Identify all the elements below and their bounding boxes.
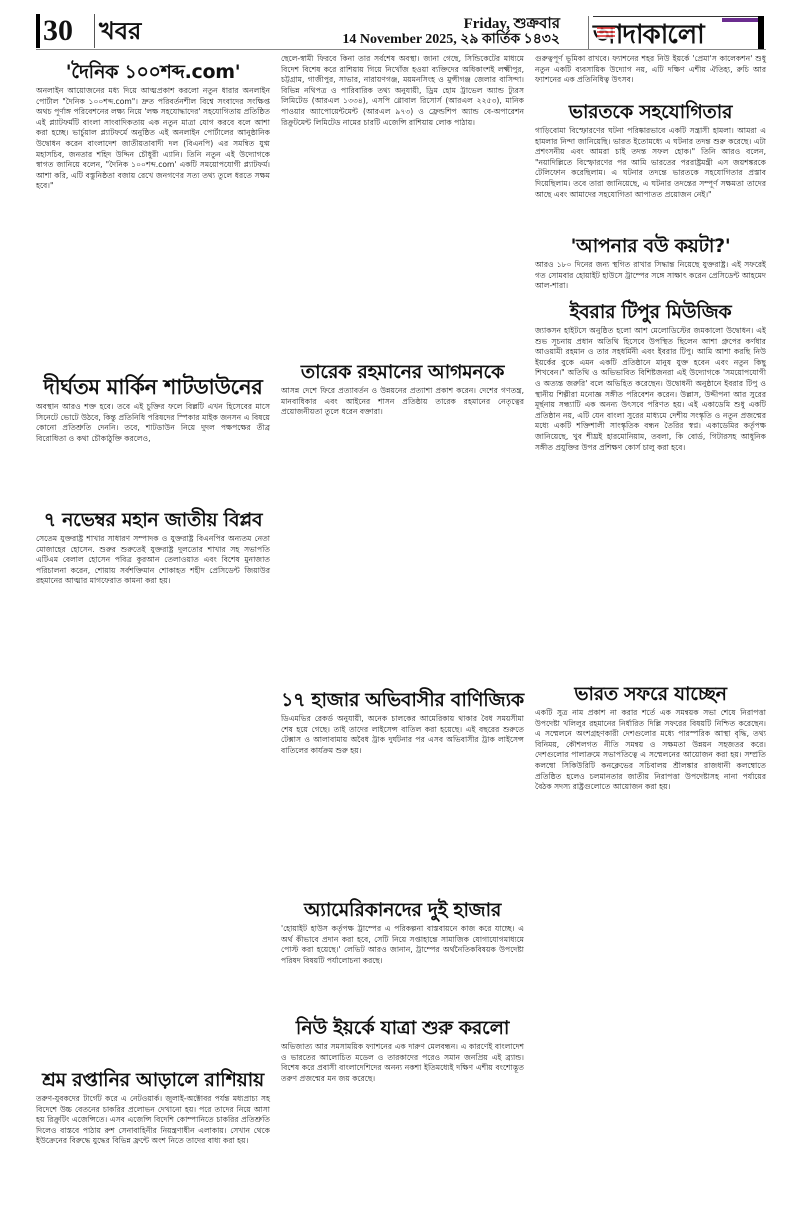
headline: ভারতকে সহযোগিতার [535, 100, 766, 124]
article-body: অভিজাত্য আর সমসাময়িক ফ্যাশনের এক দারুণ … [281, 1042, 524, 1084]
article-text: ডিএমভির রেকর্ড অনুযায়ী, অনেক চালকের আমে… [281, 714, 524, 756]
headline: ইবরার টিপুর মিউজিক [535, 300, 766, 324]
article-17000-immigrants: ১৭ হাজার অভিবাসীর বাণিজ্যিক ডিএমভির রেকর… [281, 684, 524, 756]
article-us-shutdown: দীর্ঘতম মার্কিন শাটডাউনের অবস্থান আরও শক… [36, 370, 270, 444]
article-body: ডিএমভির রেকর্ড অনুযায়ী, অনেক চালকের আমে… [281, 714, 524, 756]
article-russia-continued: ছেলে-স্বামী ফিরবে কিনা তার সর্বশেষ অবস্থ… [281, 54, 524, 128]
headline: ভারত সফরে যাচ্ছেন [535, 682, 766, 706]
day-label: Friday, শুক্রবার [342, 16, 560, 32]
date-label: 14 November 2025, ২৯ কার্তিক ১৪৩২ [342, 32, 560, 48]
article-text: তরুণ-যুবকদের টার্গেট করে এ নেটওয়ার্ক। জ… [36, 1094, 270, 1147]
us-flag-icon [597, 27, 615, 39]
article-body: তরুণ-যুবকদের টার্গেট করে এ নেটওয়ার্ক। জ… [36, 1094, 270, 1147]
article-text: অভিজাত্য আর সমসাময়িক ফ্যাশনের এক দারুণ … [281, 1042, 524, 1084]
article-body: জ্যাকসন হাইটসে অনুষ্ঠিত হলো আশ মেলোডিস্ট… [535, 326, 766, 453]
article-india-visit: ভারত সফরে যাচ্ছেন একটি সুত্র নাম প্রকাশ … [535, 678, 766, 793]
article-7-november: ৭ নভেম্বর মহান জাতীয় বিপ্লব সেতেম যুক্ত… [36, 504, 270, 587]
article-how-many-wives: 'আপনার বউ কয়টা?' আরও ১৮০ দিনের জন্য স্থ… [535, 230, 766, 292]
masthead: 30 খবর Friday, শুক্রবার 14 November 2025… [0, 0, 792, 48]
headline: শ্রম রপ্তানির আড়ালে রাশিয়ায় [36, 1068, 270, 1092]
article-body: অনলাইন আয়োজনের মধ্য দিয়ে আত্মপ্রকাশ কর… [36, 86, 270, 192]
article-text: গুরুত্বপূর্ণ ভূমিকা রাখবে। ফ্যাশনের শহর … [535, 54, 766, 86]
article-text: 'হোয়াইট হাউস কর্তৃপক্ষ ট্রাম্পের এ পরিক… [281, 924, 524, 966]
date-block: Friday, শুক্রবার 14 November 2025, ২৯ কা… [342, 16, 560, 48]
article-tarique-rahman: তারেক রহমানের আগমনকে আসন্ন দেশে ফিরে প্র… [281, 356, 524, 418]
headline: 'আপনার বউ কয়টা?' [535, 234, 766, 258]
newspaper-logo: আদাকালো [588, 16, 764, 50]
article-text: অবস্থান আরও শক্ত হবে। তবে এই চুক্তির ফলে… [36, 402, 270, 444]
headline: 'দৈনিক ১০০শব্দ.com' [36, 60, 270, 84]
article-text: গাড়িবোমা বিস্ফোরণের ঘটনা পরিষ্কারভাবে এ… [535, 126, 766, 200]
page-number: 30 [36, 14, 73, 48]
headline: ৭ নভেম্বর মহান জাতীয় বিপ্লব [36, 508, 270, 532]
headline: তারেক রহমানের আগমনকে [281, 360, 524, 384]
article-india-cooperation: ভারতকে সহযোগিতার গাড়িবোমা বিস্ফোরণের ঘট… [535, 96, 766, 200]
article-body: আসন্ন দেশে ফিরে প্রত্যাবর্তন ও উন্নয়নের… [281, 386, 524, 418]
article-text: আসন্ন দেশে ফিরে প্রত্যাবর্তন ও উন্নয়নের… [281, 386, 524, 418]
article-body: ছেলে-স্বামী ফিরবে কিনা তার সর্বশেষ অবস্থ… [281, 54, 524, 128]
article-body: একটি সুত্র নাম প্রকাশ না করার শর্তে এক স… [535, 708, 766, 793]
section-name: খবর [94, 14, 141, 48]
masthead-rule [36, 49, 766, 50]
article-text: আরও ১৮০ দিনের জন্য স্থগিত রাখার সিদ্ধান্… [535, 260, 766, 292]
article-text: অনলাইন আয়োজনের মধ্য দিয়ে আত্মপ্রকাশ কর… [36, 86, 270, 192]
headline: নিউ ইয়র্কে যাত্রা শুরু করলো [281, 1016, 524, 1040]
article-russia-labor: শ্রম রপ্তানির আড়ালে রাশিয়ায় তরুণ-যুবক… [36, 1064, 270, 1147]
article-text: ছেলে-স্বামী ফিরবে কিনা তার সর্বশেষ অবস্থ… [281, 54, 524, 128]
logo-text: আদাকালো [593, 21, 764, 49]
article-ibrar-tipu-music: ইবরার টিপুর মিউজিক জ্যাকসন হাইটসে অনুষ্ঠ… [535, 296, 766, 453]
article-text: একটি সুত্র নাম প্রকাশ না করার শর্তে এক স… [535, 708, 766, 793]
article-fashion-continued: গুরুত্বপূর্ণ ভূমিকা রাখবে। ফ্যাশনের শহর … [535, 54, 766, 86]
article-body: সেতেম যুক্তরাষ্ট্র শাখার সাধারণ সম্পাদক … [36, 534, 270, 587]
article-text: জ্যাকসন হাইটসে অনুষ্ঠিত হলো আশ মেলোডিস্ট… [535, 326, 766, 453]
article-dainik-100shobdo: 'দৈনিক ১০০শব্দ.com' অনলাইন আয়োজনের মধ্য… [36, 56, 270, 192]
headline: ১৭ হাজার অভিবাসীর বাণিজ্যিক [281, 688, 524, 712]
article-body: 'হোয়াইট হাউস কর্তৃপক্ষ ট্রাম্পের এ পরিক… [281, 924, 524, 966]
article-body: গাড়িবোমা বিস্ফোরণের ঘটনা পরিষ্কারভাবে এ… [535, 126, 766, 200]
headline: দীর্ঘতম মার্কিন শাটডাউনের [36, 374, 270, 400]
article-new-york-launch: নিউ ইয়র্কে যাত্রা শুরু করলো অভিজাত্য আর… [281, 1012, 524, 1084]
article-body: আরও ১৮০ দিনের জন্য স্থগিত রাখার সিদ্ধান্… [535, 260, 766, 292]
headline: অ্যামেরিকানদের দুই হাজার [281, 898, 524, 922]
article-americans-2000: অ্যামেরিকানদের দুই হাজার 'হোয়াইট হাউস ক… [281, 894, 524, 966]
article-body: গুরুত্বপূর্ণ ভূমিকা রাখবে। ফ্যাশনের শহর … [535, 54, 766, 86]
article-body: অবস্থান আরও শক্ত হবে। তবে এই চুক্তির ফলে… [36, 402, 270, 444]
logo-bar [758, 16, 764, 50]
article-text: সেতেম যুক্তরাষ্ট্র শাখার সাধারণ সম্পাদক … [36, 534, 270, 587]
